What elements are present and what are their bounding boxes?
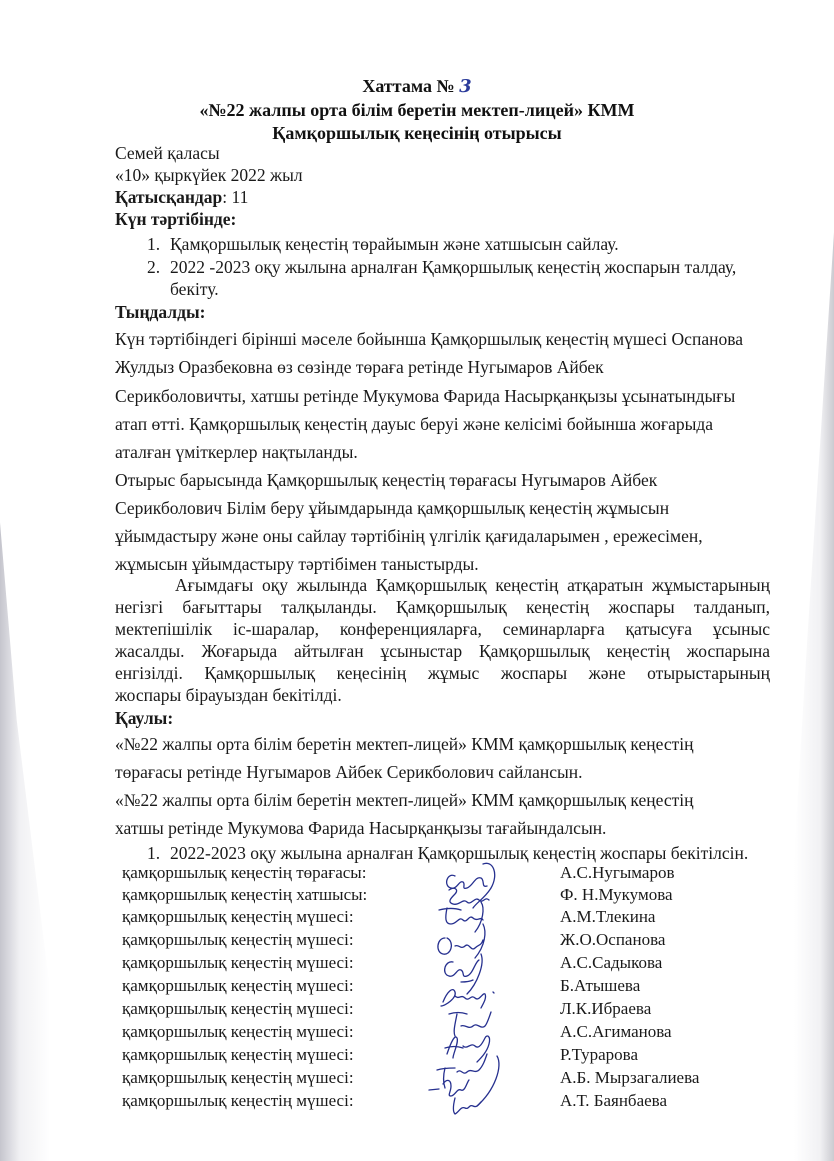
protocol-title: Хаттама № 3 <box>0 75 834 98</box>
heard-p1-line: Күн тәртібіндегі бірінші мәселе бойынша … <box>115 328 743 350</box>
heard-p3-line: мектепішілік іс-шаралар, конференцияларғ… <box>115 618 770 640</box>
signature-icon <box>449 1012 491 1036</box>
decided-heading: Қаулы: <box>115 707 173 729</box>
heard-p3-line: енгізілді. Қамқоршылық кеңесінің жұмыс ж… <box>115 662 770 684</box>
heard-p1-line: Жулдыз Оразбековна өз сөзінде төраға рет… <box>115 356 604 378</box>
heard-p2-line: Отырыс барысында Қамқоршылық кеңестің тө… <box>115 469 657 491</box>
signature-icon <box>447 863 495 908</box>
decision-item-num: 1. <box>147 842 160 864</box>
signatory-role: қамқоршылық кеңестің мүшесі: <box>122 930 354 950</box>
participants-label: Қатысқандар <box>115 187 222 207</box>
participants-count: : 11 <box>222 187 248 207</box>
signatory-role: қамқоршылық кеңестің мүшесі: <box>122 1045 354 1065</box>
agenda-item-1: Қамқоршылық кеңестің төрайымын және хатш… <box>170 233 619 255</box>
decision-line: «№22 жалпы орта білім беретін мектеп-лиц… <box>115 789 693 811</box>
heard-p2-line: Серикболович Білім беру ұйымдарында қамқ… <box>115 497 669 519</box>
heard-p3-line: негізгі бағыттары талқыланды. Қамқоршылы… <box>115 596 770 618</box>
signature-icon <box>441 990 494 1008</box>
signature-icon <box>454 1098 482 1114</box>
signatory-name: Ф. Н.Мукумова <box>560 885 673 905</box>
signature-icon <box>449 888 489 904</box>
handwritten-signatures <box>425 858 535 1116</box>
agenda-heading: Күн тәртібінде: <box>115 208 236 230</box>
signatory-name: Р.Турарова <box>560 1045 638 1065</box>
signatory-role: қамқоршылық кеңестің төрағасы: <box>122 863 366 883</box>
school-name: «№22 жалпы орта білім беретін мектеп-лиц… <box>0 99 834 121</box>
agenda-item-2-num: 2. <box>147 256 160 278</box>
heard-p1-line: Серикболовичты, хатшы ретінде Мукумова Ф… <box>115 385 735 407</box>
scanned-document-page: Хаттама № 3 «№22 жалпы орта білім береті… <box>0 0 834 1161</box>
decision-line: «№22 жалпы орта білім беретін мектеп-лиц… <box>115 733 693 755</box>
heard-p3-line: жасалды. Жоғарыда айтылған ұсыныстар Қам… <box>115 640 770 662</box>
signatory-role: қамқоршылық кеңестің мүшесі: <box>122 1022 354 1042</box>
signature-icon <box>445 954 482 994</box>
signature-icon <box>429 1056 499 1106</box>
signature-icon <box>445 1036 490 1062</box>
signatory-name: А.С.Нугымаров <box>560 863 675 883</box>
heard-p2-line: жұмысын ұйымдастыру тәртібімен таныстырд… <box>115 553 479 575</box>
signature-icon <box>439 902 483 932</box>
signatory-role: қамқоршылық кеңестің мүшесі: <box>122 907 354 927</box>
heard-p1-line: аталған үміткерлер нақтыланды. <box>115 441 358 463</box>
protocol-label: Хаттама № <box>362 76 454 96</box>
decision-line: төрағасы ретінде Нугымаров Айбек Серикбо… <box>115 761 583 783</box>
heard-p1-line: атап өтті. Қамқоршылық кеңестің дауыс бе… <box>115 413 713 435</box>
signatory-role: қамқоршылық кеңестің мүшесі: <box>122 999 354 1019</box>
heard-p3-line: жоспары бірауыздан бекітілді. <box>115 684 342 706</box>
protocol-number: 3 <box>459 76 472 97</box>
heard-heading: Тыңдалды: <box>115 301 205 323</box>
agenda-item-1-num: 1. <box>147 233 160 255</box>
signatory-name: Ж.О.Оспанова <box>560 930 665 950</box>
signatory-name: А.М.Тлекина <box>560 907 655 927</box>
signatory-name: Л.К.Ибраева <box>560 999 651 1019</box>
meeting-date: «10» қыркүйек 2022 жыл <box>115 164 303 186</box>
signatory-role: қамқоршылық кеңестің мүшесі: <box>122 953 354 973</box>
decision-line: хатшы ретінде Мукумова Фарида Насырқанқы… <box>115 817 606 839</box>
signatory-name: А.Б. Мырзагалиева <box>560 1068 699 1088</box>
participants: Қатысқандар: 11 <box>115 186 248 208</box>
heard-p2-line: ұйымдастыру және оны сайлау тәртібінің ү… <box>115 525 703 547</box>
signatory-role: қамқоршылық кеңестің мүшесі: <box>122 976 354 996</box>
meeting-title: Қамқоршылық кеңесінің отырысы <box>0 122 834 144</box>
signatory-role: қамқоршылық кеңестің мүшесі: <box>122 1068 354 1088</box>
signatory-role: қамқоршылық кеңестің хатшысы: <box>122 885 367 905</box>
signatory-name: А.С.Садыкова <box>560 953 662 973</box>
signatory-role: қамқоршылық кеңестің мүшесі: <box>122 1091 354 1111</box>
city: Семей қаласы <box>115 142 220 164</box>
agenda-item-2-cont: бекіту. <box>170 278 219 300</box>
signatory-name: Б.Атышева <box>560 976 640 996</box>
heard-p3-line: Ағымдағы оқу жылында Қамқоршылық кеңесті… <box>175 574 770 596</box>
signatory-name: А.Т. Баянбаева <box>560 1091 667 1111</box>
signatory-name: А.С.Агиманова <box>560 1022 672 1042</box>
agenda-item-2: 2022 -2023 оқу жылына арналған Қамқоршыл… <box>170 256 736 278</box>
